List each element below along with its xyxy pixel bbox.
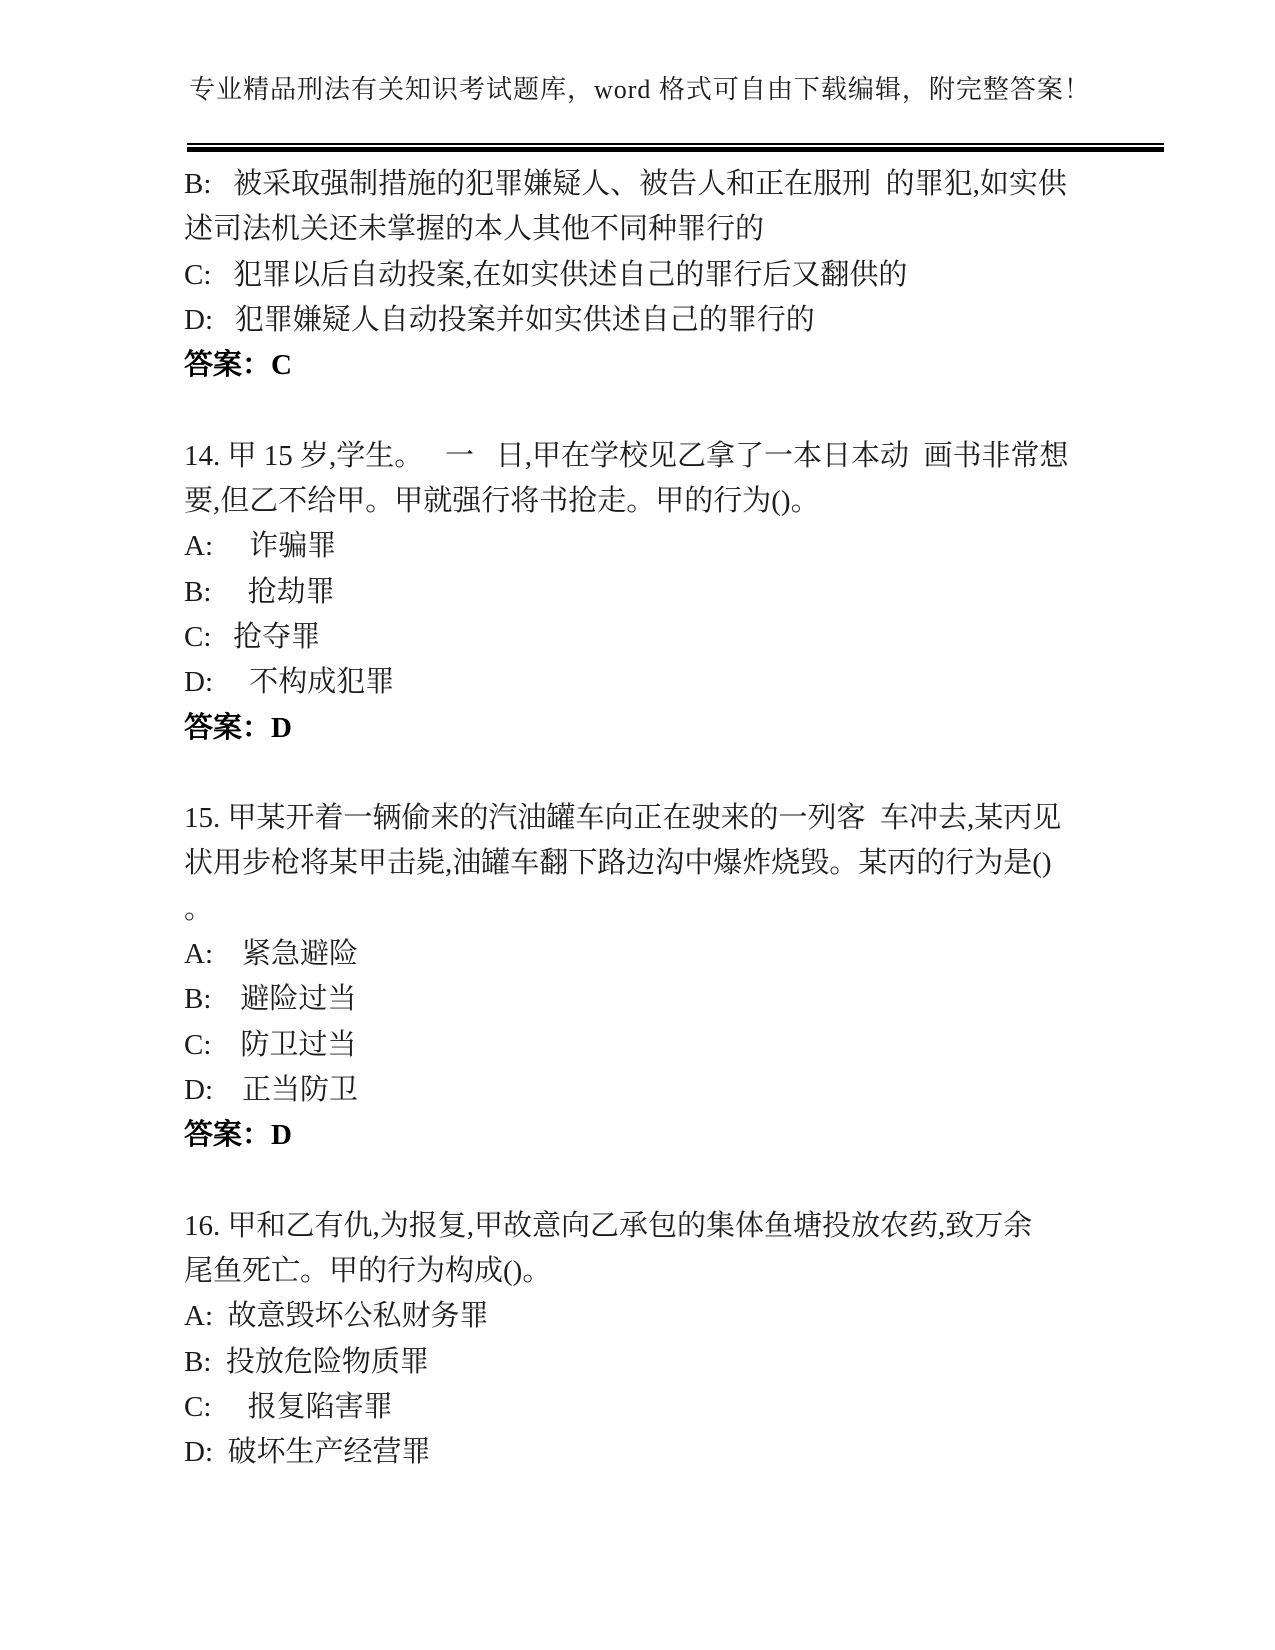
question-16: 16. 甲和乙有仇,为报复,甲故意向乙承包的集体鱼塘投放农药,致万余 尾鱼死亡。…	[184, 1204, 1099, 1476]
option-a: A: 故意毁坏公私财务罪	[184, 1294, 1099, 1339]
option-c: C: 犯罪以后自动投案,在如实供述自己的罪行后又翻供的	[184, 253, 1099, 298]
option-d: D: 不构成犯罪	[184, 660, 1099, 705]
document-content: B: 被采取强制措施的犯罪嫌疑人、被告人和正在服刑 的罪犯,如实供 述司法机关还…	[184, 162, 1099, 1476]
answer-text: 答案：C	[184, 343, 1099, 388]
question-13-tail: B: 被采取强制措施的犯罪嫌疑人、被告人和正在服刑 的罪犯,如实供 述司法机关还…	[184, 162, 1099, 388]
question-14: 14. 甲 15 岁,学生。 一 日,甲在学校见乙拿了一本日本动 画书非常想 要…	[184, 434, 1099, 751]
option-b: B: 抢劫罪	[184, 570, 1099, 615]
answer-text: 答案：D	[184, 1113, 1099, 1158]
question-text: 14. 甲 15 岁,学生。 一 日,甲在学校见乙拿了一本日本动 画书非常想 要…	[184, 434, 1099, 525]
option-a: A: 诈骗罪	[184, 524, 1099, 569]
option-b: B: 投放危险物质罪	[184, 1340, 1099, 1385]
option-b: B: 被采取强制措施的犯罪嫌疑人、被告人和正在服刑 的罪犯,如实供 述司法机关还…	[184, 162, 1099, 253]
page-header-text: 专业精品刑法有关知识考试题库，word 格式可自由下载编辑，附完整答案！	[189, 68, 1189, 112]
option-c: C: 抢夺罪	[184, 615, 1099, 660]
option-d: D: 正当防卫	[184, 1068, 1099, 1113]
question-text: 16. 甲和乙有仇,为报复,甲故意向乙承包的集体鱼塘投放农药,致万余 尾鱼死亡。…	[184, 1204, 1099, 1295]
option-d: D: 破坏生产经营罪	[184, 1430, 1099, 1475]
option-d: D: 犯罪嫌疑人自动投案并如实供述自己的罪行的	[184, 298, 1099, 343]
option-c: C: 防卫过当	[184, 1023, 1099, 1068]
option-a: A: 紧急避险	[184, 932, 1099, 977]
option-c: C: 报复陷害罪	[184, 1385, 1099, 1430]
header-divider	[187, 143, 1164, 152]
question-text: 15. 甲某开着一辆偷来的汽油罐车向正在驶来的一列客 车冲去,某丙见 状用步枪将…	[184, 796, 1099, 932]
question-15: 15. 甲某开着一辆偷来的汽油罐车向正在驶来的一列客 车冲去,某丙见 状用步枪将…	[184, 796, 1099, 1158]
option-b: B: 避险过当	[184, 977, 1099, 1022]
answer-text: 答案：D	[184, 706, 1099, 751]
document-page: 专业精品刑法有关知识考试题库，word 格式可自由下载编辑，附完整答案！ B: …	[0, 0, 1275, 1650]
